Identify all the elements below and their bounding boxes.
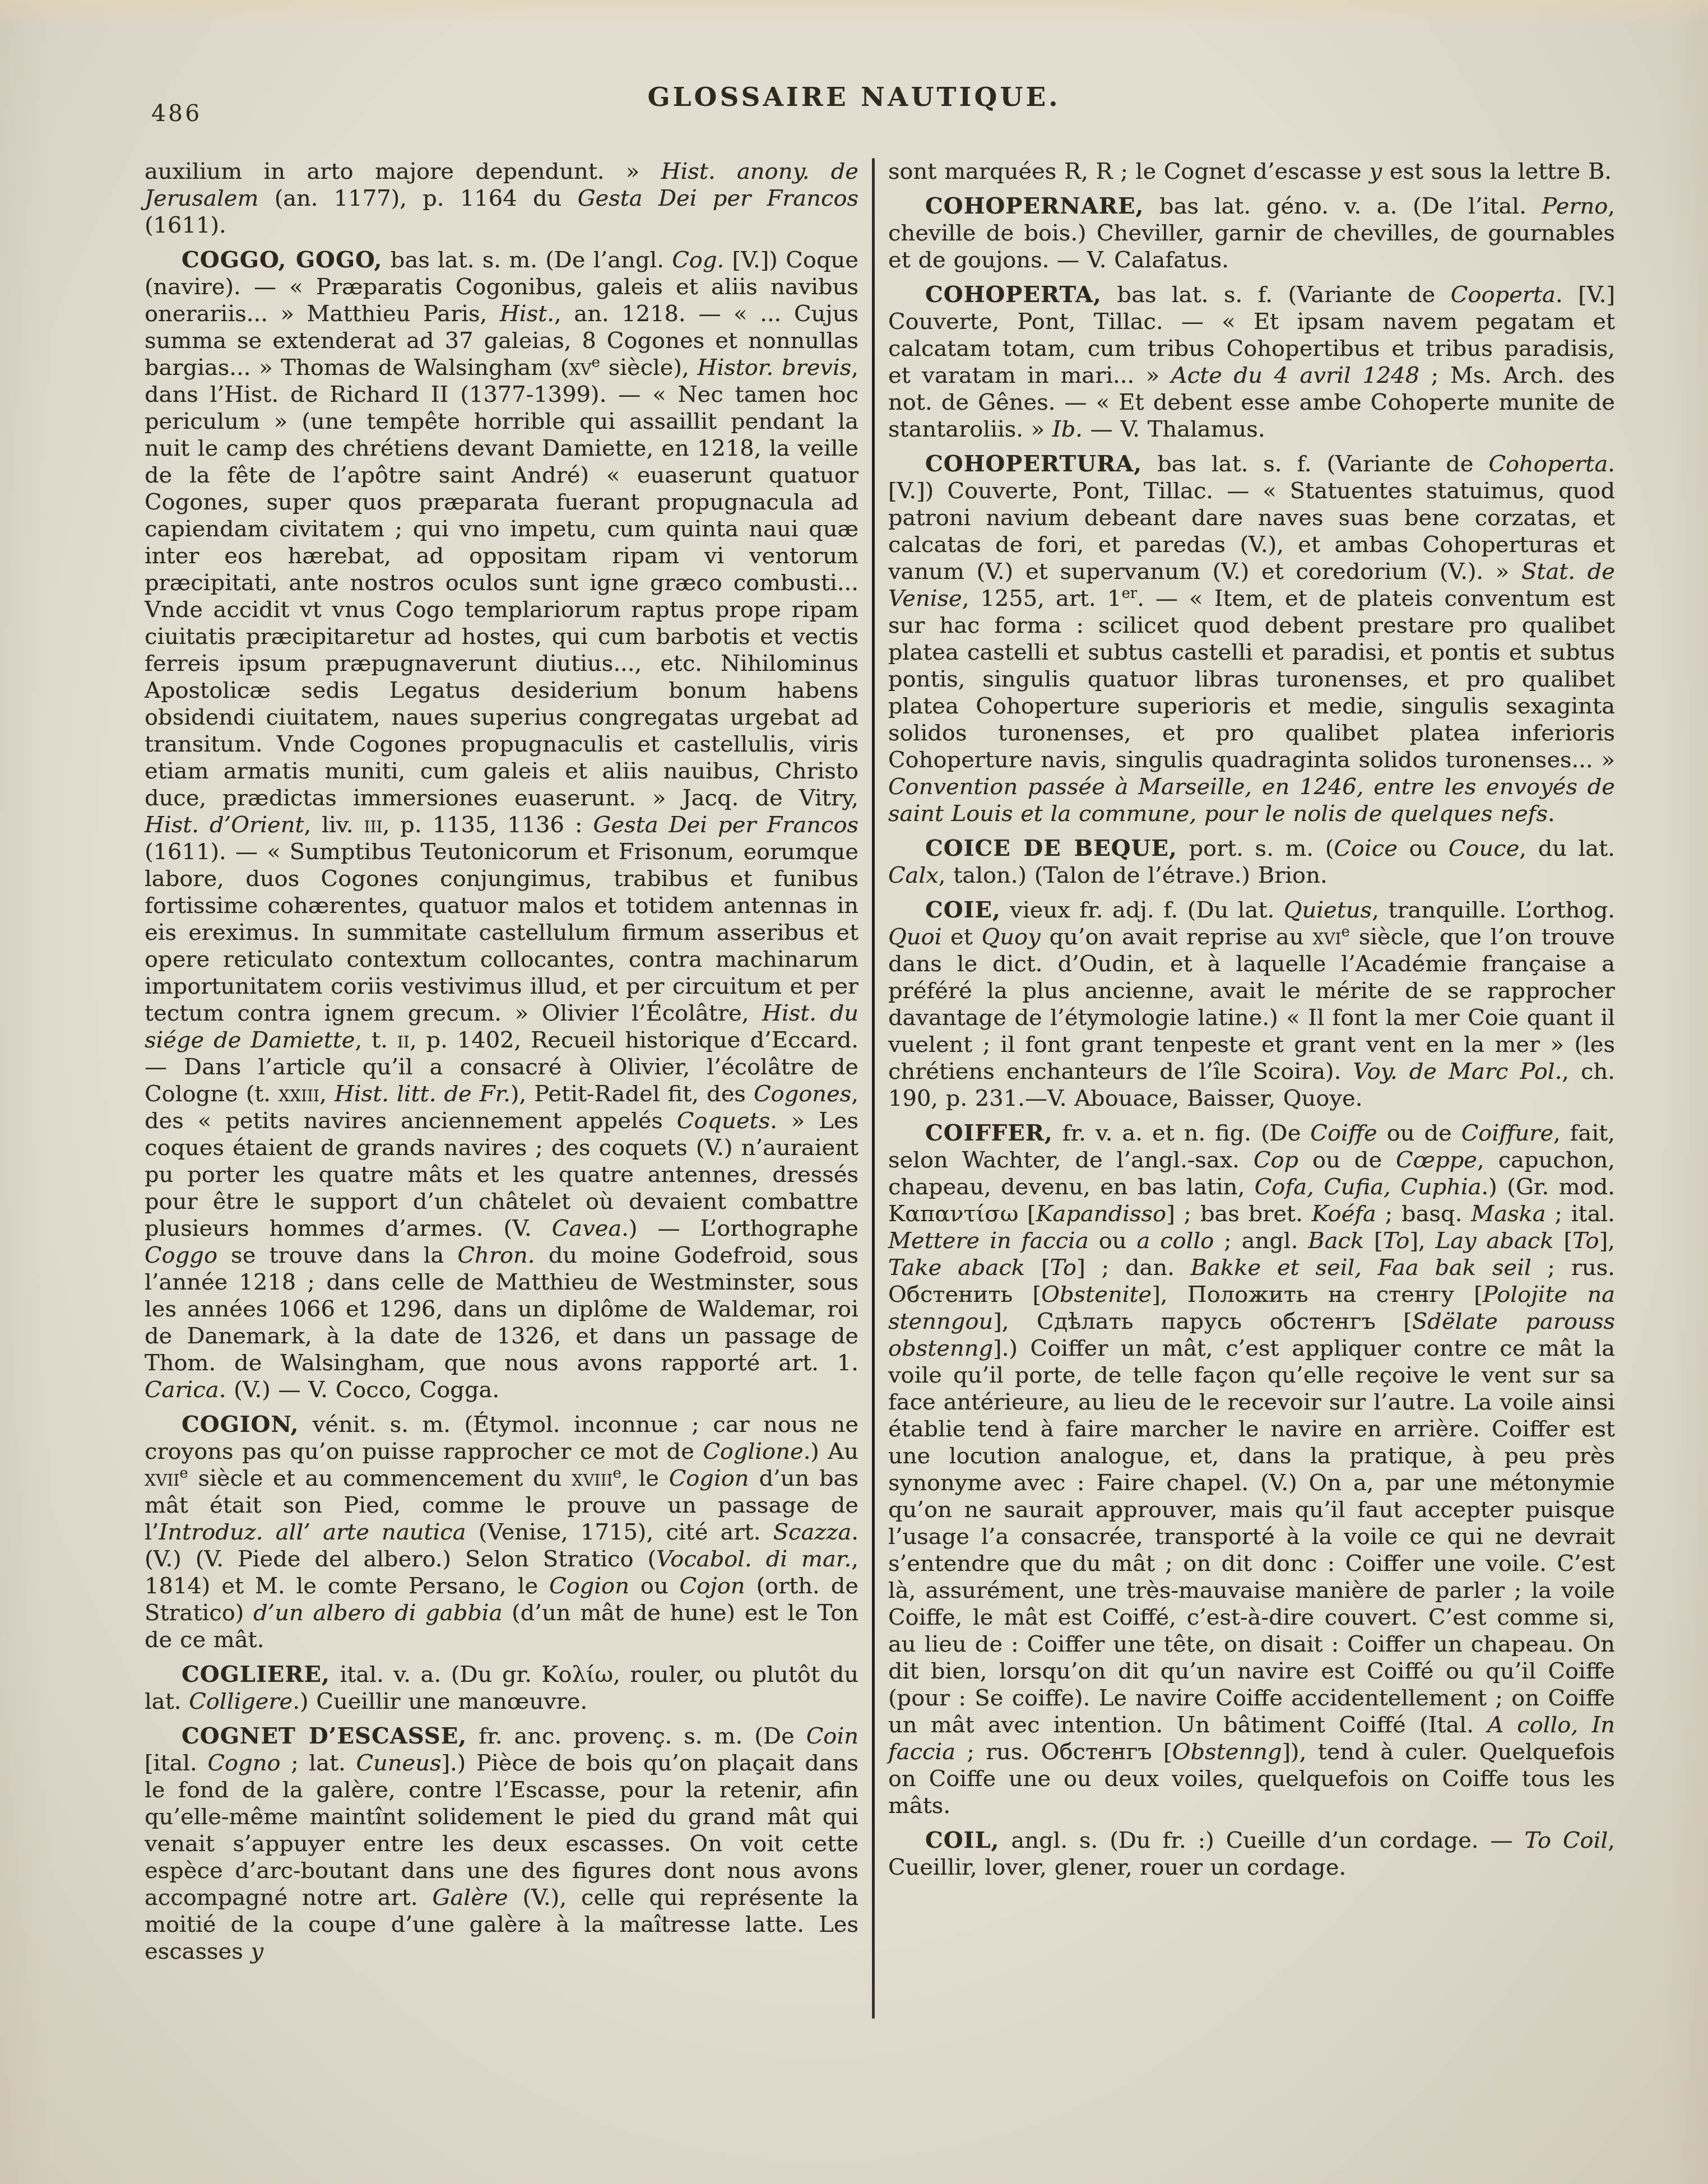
text-run: Introduz. all’ arte nautica: [159, 1519, 466, 1545]
text-run: ; rus. Обстенгъ [: [955, 1739, 1172, 1765]
entry-coggo: COGGO, GOGO, bas lat. s. m. (De l’angl. …: [145, 247, 858, 1403]
text-run: To: [1050, 1255, 1077, 1281]
text-run: est sous la lettre B.: [1382, 159, 1612, 184]
entry-headword: COGGO, GOGO,: [182, 247, 383, 273]
right-column: sont marquées R, R ; le Cognet d’escasse…: [888, 158, 1615, 2019]
entry-coice-de-beque: COICE DE BEQUE, port. s. m. (Coice ou Co…: [888, 835, 1615, 889]
entry-coil: COIL, angl. s. (Du fr. :) Cueille d’un c…: [888, 1827, 1615, 1881]
text-run: [: [1025, 1255, 1050, 1281]
text-run: Coggo: [145, 1242, 217, 1268]
text-run: ].) Coiffer un mât, c’est appliquer cont…: [888, 1336, 1615, 1738]
text-run: , p. 1135, 1136 :: [383, 812, 593, 838]
entry-headword: COHOPERTA,: [925, 281, 1102, 308]
text-run: iii: [364, 812, 382, 838]
text-run: Maska: [1471, 1201, 1545, 1227]
text-run: ou de: [1377, 1120, 1461, 1146]
entry-coie: COIE, vieux fr. adj. f. (Du lat. Quietus…: [888, 897, 1615, 1112]
text-run: , le: [621, 1466, 669, 1491]
text-run: ou: [629, 1573, 680, 1599]
entry-cogion: COGION, vénit. s. m. (Étymol. inconnue ;…: [145, 1411, 858, 1653]
text-run: xvii: [145, 1466, 179, 1491]
entry-cohopertura: COHOPERTURA, bas lat. s. f. (Variante de…: [888, 451, 1615, 827]
text-run: ; basq.: [1376, 1201, 1471, 1227]
text-run: To: [1572, 1228, 1599, 1254]
text-run: Kapandisso: [1036, 1201, 1166, 1227]
text-run: ],: [1409, 1228, 1435, 1254]
text-run: ,: [319, 1081, 335, 1107]
text-run: ],: [1599, 1228, 1615, 1254]
text-run: Carica: [145, 1377, 219, 1403]
entry-cohoperta: COHOPERTA, bas lat. s. f. (Variante de C…: [888, 281, 1615, 443]
text-run: ] ; bas bret.: [1166, 1201, 1312, 1227]
text-run: d’un albero di gabbia: [253, 1600, 502, 1626]
entry-headword: COGION,: [182, 1411, 299, 1438]
text-run: .: [1548, 801, 1555, 827]
text-run: se trouve dans la: [217, 1242, 458, 1268]
entry-cogliere: COGLIERE, ital. v. a. (Du gr. Κολίω, rou…: [145, 1661, 858, 1715]
text-run: ou: [1089, 1228, 1137, 1254]
entry-headword: COIL,: [925, 1827, 999, 1853]
text-run: Cooperta: [1451, 282, 1556, 308]
continuation-jerusalem: auxilium in arto majore dependunt. » His…: [145, 158, 858, 239]
text-run: .) Au: [804, 1439, 858, 1464]
text-run: Coglione: [703, 1439, 803, 1464]
text-run: Coice: [1334, 836, 1398, 861]
text-run: bas lat. s. m. (De l’angl.: [383, 247, 672, 273]
text-run: — V. Thalamus.: [1083, 416, 1265, 442]
text-block: auxilium in arto majore dependunt. » His…: [145, 158, 1615, 2019]
text-run: . — « Item, et de plateis conventum est …: [888, 586, 1615, 773]
text-run: Convention passée à Marseille, en 1246, …: [888, 774, 1615, 827]
text-run: xvi: [1312, 924, 1341, 950]
text-run: et: [941, 924, 981, 950]
text-run: .) Cueillir une manœuvre.: [293, 1689, 587, 1714]
text-run: Quietus: [1284, 897, 1372, 923]
text-run: Couce: [1449, 836, 1520, 861]
text-run: Hist. litt. de Fr.: [335, 1081, 510, 1107]
text-run: fr. anc. provenç. s. m. (De: [467, 1723, 806, 1749]
text-run: e: [613, 1465, 621, 1482]
entry-coiffer: COIFFER, fr. v. a. et n. fig. (De Coiffe…: [888, 1120, 1615, 1819]
page-background: 486 GLOSSAIRE NAUTIQUE. auxilium in arto…: [0, 0, 1708, 2184]
text-run: ii: [397, 1027, 410, 1053]
text-run: ; lat.: [281, 1750, 356, 1776]
text-run: Gesta Dei per Francos: [578, 186, 858, 211]
text-run: Back: [1308, 1228, 1364, 1254]
text-run: ], Положить на стенгу [: [1152, 1282, 1483, 1307]
running-title: GLOSSAIRE NAUTIQUE.: [0, 82, 1708, 113]
text-run: Colligere: [189, 1689, 293, 1714]
text-run: Koéfa: [1312, 1201, 1376, 1227]
text-run: , 1255, art. 1: [962, 586, 1122, 611]
text-run: Vocabol. di mar.: [656, 1546, 851, 1572]
text-run: Cœppe: [1396, 1147, 1477, 1173]
left-column: auxilium in arto majore dependunt. » His…: [145, 158, 858, 2019]
text-run: To Coil: [1524, 1828, 1608, 1853]
entry-headword: COIE,: [925, 897, 1001, 923]
text-run: siècle et au commencement du: [188, 1466, 572, 1491]
scanned-dictionary-page: { "page": { "number": "486", "title": "G…: [0, 0, 1708, 2184]
text-run: e: [592, 354, 600, 371]
text-run: Acte du 4 avril 1248: [1171, 363, 1419, 388]
text-run: Ib.: [1052, 416, 1083, 442]
entry-headword: COICE DE BEQUE,: [925, 835, 1177, 861]
text-run: e: [1342, 924, 1350, 940]
text-run: Bakke et seil, Faa bak seil: [1191, 1255, 1531, 1281]
text-run: ] ; dan.: [1076, 1255, 1191, 1281]
text-run: y: [1370, 159, 1382, 184]
text-run: bas lat. s. f. (Variante de: [1142, 451, 1488, 477]
text-run: Chron.: [458, 1242, 535, 1268]
text-run: angl. s. (Du fr. :) Cueille d’un cordage…: [999, 1828, 1524, 1853]
continuation-cognet: sont marquées R, R ; le Cognet d’escasse…: [888, 158, 1615, 185]
text-run: Scazza: [773, 1519, 852, 1545]
text-run: Lay aback: [1436, 1228, 1554, 1254]
text-run: ou de: [1298, 1147, 1396, 1173]
text-run: Cuneus: [356, 1750, 441, 1776]
text-run: Cogones: [754, 1081, 851, 1107]
text-run: , liv.: [304, 812, 364, 838]
text-run: a collo: [1136, 1228, 1214, 1254]
text-run: bas lat. géno. v. a. (De l’ital.: [1144, 193, 1542, 219]
text-run: (1611).: [145, 212, 226, 238]
text-run: . (V.) — V. Cocco, Cogga.: [219, 1377, 499, 1403]
text-run: Cog.: [672, 247, 724, 273]
text-run: Quoy: [982, 924, 1041, 950]
text-run: [ital.: [145, 1750, 207, 1776]
text-run: Histor. brevis: [698, 355, 852, 381]
text-run: Cogion: [549, 1573, 629, 1599]
text-run: [: [1364, 1228, 1383, 1254]
text-run: (an. 1177), p. 1164 du: [258, 186, 577, 211]
text-run: e: [179, 1465, 188, 1482]
text-run: xviii: [572, 1466, 612, 1491]
text-run: qu’on avait reprise au: [1041, 924, 1313, 950]
text-run: Obstenite: [1041, 1282, 1152, 1307]
text-run: ), Petit-Radel fit, des: [510, 1081, 754, 1107]
text-run: Cofa, Cufia, Cuphia: [1255, 1174, 1482, 1200]
text-run: Mettere in faccia: [888, 1228, 1089, 1254]
text-run: ], Сдѣлать парусь обстенгъ [: [993, 1309, 1412, 1334]
text-run: Coin: [806, 1723, 858, 1749]
entry-cognet-descasse: COGNET D’ESCASSE, fr. anc. provenç. s. m…: [145, 1723, 858, 1965]
text-run: vieux fr. adj. f. (Du lat.: [1001, 897, 1284, 923]
text-run: xv: [569, 355, 591, 381]
text-run: Hist.: [500, 301, 554, 327]
entry-headword: COIFFER,: [925, 1120, 1053, 1146]
text-run: ou: [1398, 836, 1449, 861]
text-run: xxiii: [279, 1081, 319, 1107]
text-run: , tranquille. L’orthog.: [1372, 897, 1615, 923]
entry-headword: COGNET D’ESCASSE,: [182, 1723, 467, 1749]
text-run: .) — L’orthographe: [621, 1216, 858, 1241]
text-run: Cojon: [680, 1573, 745, 1599]
text-run: bas lat. s. f. (Variante de: [1102, 282, 1451, 308]
text-run: Cavea: [552, 1216, 622, 1241]
text-run: Calx: [888, 863, 939, 888]
entry-cohopernare: COHOPERNARE, bas lat. géno. v. a. (De l’…: [888, 193, 1615, 273]
text-run: , t.: [355, 1027, 397, 1053]
text-run: Cohoperta: [1488, 451, 1608, 477]
text-run: Galère: [433, 1885, 508, 1911]
text-run: (Venise, 1715), cité art.: [466, 1519, 773, 1545]
entry-headword: COHOPERNARE,: [925, 193, 1144, 219]
text-run: Coiffe: [1310, 1120, 1377, 1146]
text-run: y: [250, 1939, 263, 1964]
text-run: Coquets: [677, 1108, 770, 1134]
text-run: Voy. de Marc Pol.: [1353, 1059, 1562, 1084]
text-run: To: [1383, 1228, 1410, 1254]
text-run: Coiffure: [1461, 1120, 1553, 1146]
text-run: Hist. d’Orient: [145, 812, 304, 838]
text-run: siècle),: [600, 355, 698, 381]
entry-headword: COHOPERTURA,: [925, 451, 1142, 477]
text-run: Obstenng: [1172, 1739, 1282, 1765]
text-run: auxilium in arto majore dependunt. »: [145, 159, 661, 184]
text-run: Gesta Dei per Francos: [593, 812, 858, 838]
text-run: fr. v. a. et n. fig. (De: [1053, 1120, 1310, 1146]
text-run: Cogno: [207, 1750, 280, 1776]
entry-headword: COGLIERE,: [182, 1661, 330, 1687]
text-run: ; angl.: [1214, 1228, 1308, 1254]
column-divider-rule: [872, 158, 875, 2019]
text-run: , talon.) (Talon de l’étrave.) Brion.: [939, 863, 1328, 888]
text-run: Take aback: [888, 1255, 1025, 1281]
text-run: er: [1121, 585, 1137, 602]
text-run: Perno: [1542, 193, 1608, 219]
text-run: Cogion: [669, 1466, 749, 1491]
text-run: sont marquées R, R ; le Cognet d’escasse: [888, 159, 1370, 184]
text-run: , dans l’Hist. de Richard II (1377-1399)…: [145, 355, 858, 811]
text-run: (1611). — « Sumptibus Teutonicorum et Fr…: [145, 839, 858, 1026]
text-run: [: [1554, 1228, 1573, 1254]
text-run: ; ital.: [1546, 1201, 1615, 1227]
text-run: Cop: [1254, 1147, 1298, 1173]
text-run: , du lat.: [1519, 836, 1615, 861]
text-run: port. s. m. (: [1177, 836, 1334, 861]
text-run: Quoi: [888, 924, 941, 950]
